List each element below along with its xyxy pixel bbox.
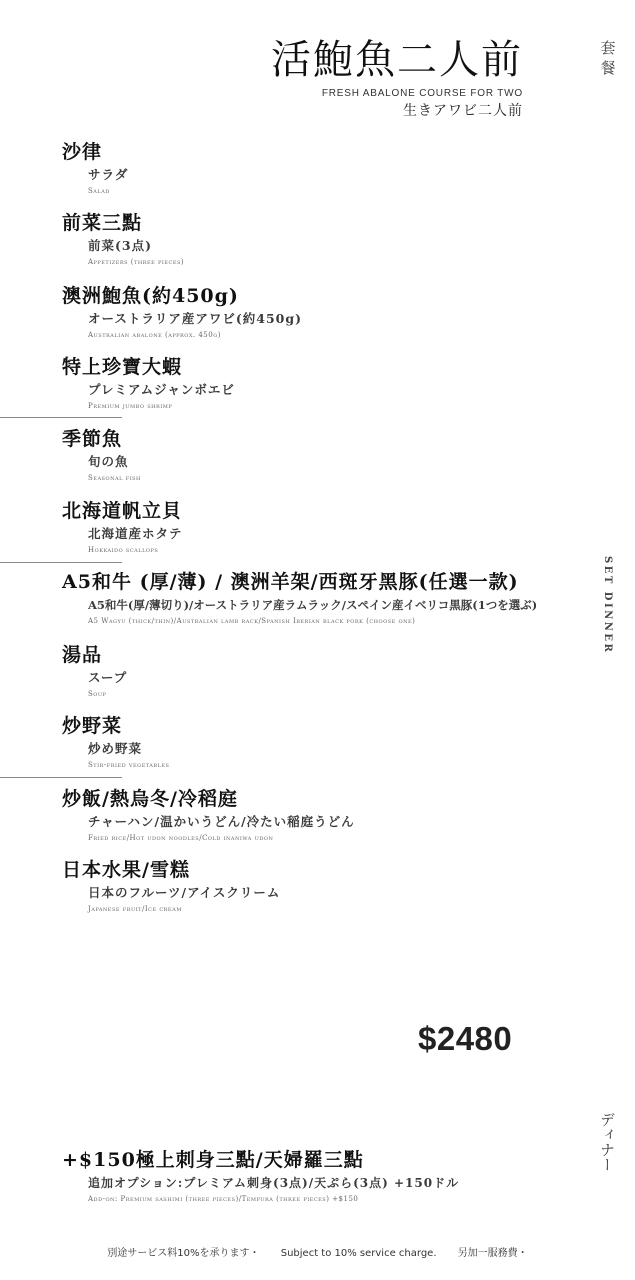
course-name-ja: プレミアムジャンボエビ [88,381,235,399]
course-item-main-choice: A5和牛 (厚/薄) / 澳洲羊架/西斑牙黑豚(任選一款) A5和牛(厚/薄切り… [62,570,537,627]
side-label-set-dinner: SET DINNER [602,556,613,654]
course-name-ja: チャーハン/温かいうどん/冷たい稲庭うどん [88,813,355,831]
course-name-ja: 北海道産ホタテ [88,525,183,543]
section-divider [0,777,122,778]
course-name-en: Fried rice/Hot udon noodles/Cold inaniwa… [88,832,355,844]
course-name-zh: 日本水果/雪糕 [62,858,280,882]
course-name-en: Salad [88,185,128,197]
course-name-ja: スープ [88,669,127,687]
course-item-vegetables: 炒野菜 炒め野菜 Stir-fried vegetables [62,714,169,771]
menu-title: 活鮑魚二人前 [271,36,523,84]
course-name-zh: A5和牛 (厚/薄) / 澳洲羊架/西斑牙黑豚(任選一款) [62,570,537,594]
course-name-ja: A5和牛(厚/薄切り)/オーストラリア産ラムラック/スペイン産イベリコ黒豚(1つ… [88,596,537,614]
section-divider [0,562,122,563]
course-item-scallops: 北海道帆立貝 北海道産ホタテ Hokkaido scallops [62,499,183,556]
course-name-en: Australian abalone (approx. 450g) [88,329,302,341]
course-item-shrimp: 特上珍寶大蝦 プレミアムジャンボエビ Premium jumbo shrimp [62,355,235,412]
side-label-set-zh: 套餐 [598,38,618,78]
course-name-en: Premium jumbo shrimp [88,400,235,412]
course-item-dessert: 日本水果/雪糕 日本のフルーツ/アイスクリーム Japanese fruit/I… [62,858,280,915]
service-charge-ja: 別途サービス料10%を承ります・ [107,1248,259,1259]
addon-name-zh: +$150極上刺身三點/天婦羅三點 [62,1148,459,1172]
course-name-en: Stir-fried vegetables [88,759,169,771]
course-item-rice-noodles: 炒飯/熱烏冬/冷稻庭 チャーハン/温かいうどん/冷たい稲庭うどん Fried r… [62,787,355,844]
course-name-en: A5 Wagyu (thick/thin)/Australian lamb ra… [88,615,537,627]
course-item-soup: 湯品 スープ Soup [62,643,127,700]
course-name-en: Soup [88,688,127,700]
set-price: $2480 [418,1020,512,1058]
addon-name-en: Add-on: Premium sashimi (three pieces)/T… [88,1193,459,1205]
addon-option: +$150極上刺身三點/天婦羅三點 追加オプション:プレミアム刺身(3点)/天ぷ… [62,1148,459,1205]
course-name-ja: オーストラリア産アワビ(約450g) [88,310,302,328]
course-name-ja: 日本のフルーツ/アイスクリーム [88,884,280,902]
course-name-zh: 前菜三點 [62,211,184,235]
addon-name-ja: 追加オプション:プレミアム刺身(3点)/天ぷら(3点) +150ドル [88,1174,459,1192]
course-name-zh: 湯品 [62,643,127,667]
course-item-abalone: 澳洲鮑魚(約450g) オーストラリア産アワビ(約450g) Australia… [62,284,302,341]
course-name-zh: 炒飯/熱烏冬/冷稻庭 [62,787,355,811]
course-name-en: Hokkaido scallops [88,544,183,556]
service-charge-en: Subject to 10% service charge. [281,1248,437,1259]
course-name-zh: 炒野菜 [62,714,169,738]
course-item-appetizers: 前菜三點 前菜(3点) Appetizers (three pieces) [62,211,184,268]
course-name-zh: 北海道帆立貝 [62,499,183,523]
course-name-zh: 季節魚 [62,427,141,451]
menu-subtitle-en: FRESH ABALONE COURSE FOR TWO [271,88,523,100]
section-divider [0,417,122,418]
course-name-ja: サラダ [88,166,128,184]
course-name-en: Seasonal fish [88,472,141,484]
side-label-dinner-ja: ディナー [598,1112,618,1172]
service-charge-note: 別途サービス料10%を承ります・ Subject to 10% service … [0,1244,635,1259]
course-name-en: Japanese fruit/Ice cream [88,903,280,915]
menu-subtitle-ja: 生きアワビ二人前 [271,102,523,120]
course-name-ja: 炒め野菜 [88,740,169,758]
course-item-salad: 沙律 サラダ Salad [62,140,128,197]
course-name-ja: 旬の魚 [88,453,141,471]
course-name-zh: 特上珍寶大蝦 [62,355,235,379]
menu-header: 活鮑魚二人前 FRESH ABALONE COURSE FOR TWO 生きアワ… [271,36,523,120]
course-item-seasonal-fish: 季節魚 旬の魚 Seasonal fish [62,427,141,484]
course-name-ja: 前菜(3点) [88,237,184,255]
service-charge-zh: 另加一服務費・ [458,1248,528,1259]
course-name-en: Appetizers (three pieces) [88,256,184,268]
course-name-zh: 澳洲鮑魚(約450g) [62,284,302,308]
course-name-zh: 沙律 [62,140,128,164]
